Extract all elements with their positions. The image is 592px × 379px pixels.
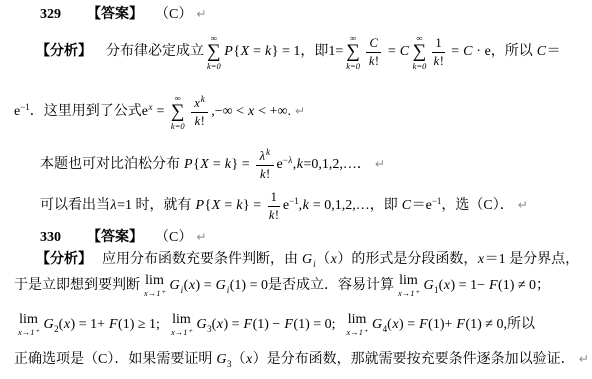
text-run: i: [226, 285, 230, 295]
text-run: ，即: [370, 198, 402, 213]
text-run: !: [440, 54, 444, 68]
text-run: （: [231, 352, 245, 367]
text-run: x: [392, 317, 399, 332]
subscript: 3: [227, 360, 232, 369]
text-run: =1 时，就有: [117, 198, 195, 213]
text-run: 1=: [328, 44, 343, 59]
text-run: 于是立即想到要判断: [14, 278, 140, 293]
text-run: =: [153, 104, 168, 119]
text-run: F: [284, 317, 294, 332]
line-329-analysis-conclusion: 可以看出当λ=1 时，就有 P{X = k} = 1k!e−1,k = 0,1,…: [40, 184, 528, 228]
superscript: −1: [432, 197, 442, 206]
fraction-numerator: 1: [432, 36, 444, 53]
text-run: 正确选项是（C）．如果需要证明: [14, 352, 216, 367]
text-run: −1: [289, 196, 299, 206]
superscript: x: [148, 103, 153, 112]
text-run: G: [169, 278, 180, 293]
text-run: ＝: [547, 44, 561, 59]
text-run: P: [195, 198, 205, 213]
text-run: · e: [473, 44, 491, 59]
line-329-analysis-poisson: 本题也可对比泊松分布 P{X = k} = λkk!e−λ,k=0,1,2,…．…: [40, 143, 385, 187]
text-run: −1: [20, 102, 30, 112]
text-run: x: [443, 278, 450, 293]
fraction: xkk!: [191, 95, 209, 129]
spacer: [143, 15, 155, 16]
text-run: 1: [271, 190, 277, 204]
spacer: [92, 260, 102, 261]
fraction: 1k!: [268, 190, 280, 223]
text-run: λ: [110, 198, 117, 213]
lim-word: lim: [19, 313, 38, 327]
fraction-numerator: λk: [256, 148, 273, 166]
text-run: {: [193, 157, 200, 172]
text-run: C: [401, 198, 411, 213]
text-run: !: [375, 54, 379, 68]
text-run: x: [248, 104, 255, 119]
text-run: k: [224, 157, 231, 172]
text-run: x: [477, 252, 484, 267]
text-run: ）是分布函数，那就需要按充要条件逐条加以验证．: [253, 352, 575, 367]
summation-operator: ∞∑k=0: [413, 33, 427, 71]
text-run: ，选（C）．: [441, 198, 513, 213]
text-run: = 0,1,2,…: [309, 198, 369, 213]
line-330-answer: 330【答案】（C）↵: [40, 229, 206, 247]
text-run: ，所以: [491, 44, 537, 59]
limit-subscript: x→1⁺: [144, 288, 165, 298]
text-run: ) =: [399, 317, 419, 332]
fraction-denominator: k!: [259, 166, 270, 182]
sum-lower-limit: k=0: [207, 61, 221, 71]
superscript: −λ: [283, 156, 293, 165]
text-run: 3: [227, 359, 232, 369]
text-run: (1) = 0: [230, 278, 268, 293]
text-run: ＝e: [412, 198, 432, 213]
text-run: =: [221, 198, 236, 213]
sum-lower-limit: k=0: [346, 61, 360, 71]
text-run: ＝1 是分界点，: [485, 252, 580, 267]
text-run: 应用分布函数充要条件判断，由: [102, 252, 302, 267]
text-run: G: [216, 352, 227, 367]
text-run: λ: [288, 155, 293, 165]
text-run: F: [488, 278, 498, 293]
text-run: } =: [243, 198, 265, 213]
subscript: i: [226, 286, 230, 295]
text-run: k: [200, 94, 205, 104]
text-run: k: [302, 198, 309, 213]
fraction: Ck!: [366, 36, 381, 69]
bold-text-run: 【答案】: [87, 7, 143, 22]
text-run: 本题也可对比泊松分布: [40, 157, 184, 172]
text-run: x: [216, 317, 223, 332]
fraction-numerator: xk: [191, 95, 209, 113]
text-run: 2: [54, 324, 59, 334]
sum-lower-limit: k=0: [413, 61, 427, 71]
text-run: (1) = 0;: [293, 317, 342, 332]
text-run: P: [184, 157, 194, 172]
text-run: } = 1: [272, 44, 301, 59]
text-run: F: [243, 317, 253, 332]
text-run: ．这里用到了公式: [30, 104, 142, 119]
text-run: k: [265, 44, 272, 59]
lim-word: lim: [399, 274, 418, 288]
fraction: λkk!: [256, 148, 273, 182]
spacer: [143, 238, 155, 239]
text-run: ) =: [223, 317, 243, 332]
text-run: =0,1,2,…．: [303, 157, 370, 172]
text-run: !: [275, 208, 279, 222]
text-run: （C）: [155, 7, 192, 22]
sigma-icon: ∑: [413, 43, 427, 61]
text-run: ) =: [196, 278, 216, 293]
text-run: ) = 1−: [451, 278, 489, 293]
subscript: i: [180, 286, 184, 295]
line-330-analysis-conclusion: 正确选项是（C）．如果需要证明 G3（x）是分布函数，那就需要按充要条件逐条加以…: [14, 349, 589, 371]
subscript: 2: [54, 325, 59, 334]
text-run: x: [330, 252, 337, 267]
superscript: k: [200, 94, 205, 104]
lim-word: lim: [348, 313, 367, 327]
summation-operator: ∞∑k=0: [346, 33, 360, 71]
line-329-analysis-exp-formula: e−1．这里用到了公式ex = ∞∑k=0xkk!,−∞ < x < +∞.↵: [14, 88, 305, 136]
sigma-icon: ∑: [207, 43, 221, 61]
superscript: k: [266, 147, 271, 157]
text-run: } =: [231, 157, 253, 172]
limit-subscript: x→1⁺: [398, 288, 419, 298]
fraction-denominator: k!: [368, 53, 379, 69]
text-run: F: [456, 317, 466, 332]
text-run: 3: [207, 324, 212, 334]
text-run: ，即: [300, 44, 328, 59]
fraction-denominator: k!: [433, 53, 444, 69]
text-run: ) = 1+: [71, 317, 109, 332]
text-run: ,−∞ <: [211, 104, 247, 119]
text-run: {: [205, 198, 212, 213]
text-run: x: [63, 317, 70, 332]
text-run: G: [196, 317, 207, 332]
text-run: ）的形式是分段函数，: [337, 252, 477, 267]
text-run: =: [448, 44, 463, 59]
paragraph-mark-icon: ↵: [518, 199, 528, 212]
text-run: F: [108, 317, 118, 332]
subscript: 1: [434, 286, 439, 295]
text-run: (1) ≥ 1;: [118, 317, 167, 332]
line-330-analysis-limit-check: 于是立即想到要判断limx→1⁺Gi(x) = Gi(1) = 0是否成立．容易…: [14, 267, 550, 305]
text-run: =: [209, 157, 224, 172]
fraction: 1k!: [432, 36, 444, 69]
text-run: =: [384, 44, 399, 59]
limit-subscript: x→1⁺: [171, 327, 192, 337]
text-run: 可以看出当: [40, 198, 110, 213]
paragraph-mark-icon: ↵: [196, 8, 206, 21]
text-run: {: [233, 44, 240, 59]
fraction-numerator: 1: [268, 190, 280, 207]
text-run: 1: [434, 285, 439, 295]
sigma-icon: ∑: [346, 43, 360, 61]
text-run: !: [266, 167, 270, 181]
text-run: （: [316, 252, 330, 267]
text-run: 所以: [507, 317, 535, 332]
text-run: C: [399, 44, 409, 59]
text-run: =: [250, 44, 265, 59]
bold-text-run: 330: [40, 230, 61, 245]
text-run: i: [180, 285, 184, 295]
subscript: 3: [207, 325, 212, 334]
paragraph-mark-icon: ↵: [579, 353, 589, 366]
line-329-answer: 329【答案】（C）↵: [40, 6, 206, 24]
text-run: （C）: [155, 230, 192, 245]
text-run: k: [236, 198, 243, 213]
text-run: −1: [432, 196, 442, 206]
text-run: F: [419, 317, 429, 332]
limit-operator: limx→1⁺: [171, 313, 192, 337]
text-run: (1) ≠ 0；: [498, 278, 550, 293]
bold-text-run: 329: [40, 7, 61, 22]
text-run: G: [423, 278, 434, 293]
text-run: k: [296, 157, 303, 172]
text-run: G: [43, 317, 54, 332]
paragraph-mark-icon: ↵: [295, 105, 305, 118]
text-run: G: [215, 278, 226, 293]
limit-subscript: x→1⁺: [347, 327, 368, 337]
text-run: < +∞.: [255, 104, 291, 119]
limit-subscript: x→1⁺: [18, 327, 39, 337]
limit-operator: limx→1⁺: [347, 313, 368, 337]
text-run: C: [369, 36, 378, 50]
superscript: −1: [289, 197, 299, 206]
text-run: G: [372, 317, 383, 332]
text-run: x: [188, 278, 195, 293]
summation-operator: ∞∑k=0: [171, 93, 185, 131]
paragraph-mark-icon: ↵: [375, 158, 385, 171]
summation-operator: ∞∑k=0: [207, 33, 221, 71]
bold-text-run: 【分析】: [36, 252, 92, 267]
lim-word: lim: [172, 313, 191, 327]
text-run: G: [302, 252, 313, 267]
text-run: C: [463, 44, 473, 59]
bold-text-run: 【分析】: [36, 44, 92, 59]
text-run: !: [201, 114, 205, 128]
bold-text-run: 【答案】: [87, 230, 143, 245]
spacer: [61, 238, 87, 239]
text-run: X: [200, 157, 210, 172]
fraction-denominator: k!: [194, 113, 205, 129]
text-run: X: [240, 44, 250, 59]
text-run: (1)+: [428, 317, 456, 332]
text-run: x: [245, 352, 252, 367]
paragraph-mark-icon: ↵: [196, 231, 206, 244]
fraction-denominator: k!: [268, 207, 279, 223]
spacer: [61, 15, 87, 16]
limit-operator: limx→1⁺: [18, 313, 39, 337]
text-run: (1) ≠ 0,: [465, 317, 507, 332]
text-run: 是否成立．容易计算: [268, 278, 394, 293]
text-run: P: [224, 44, 234, 59]
text-run: 分布律必定成立: [106, 44, 204, 59]
line-329-analysis-distribution-law: 【分析】分布律必定成立∞∑k=0P{X = k} = 1，即1=∞∑k=0Ck!…: [36, 27, 561, 77]
spacer: [92, 52, 106, 53]
limit-operator: limx→1⁺: [398, 274, 419, 298]
fraction-numerator: C: [366, 36, 381, 53]
subscript: 4: [383, 325, 388, 334]
text-run: C: [536, 44, 546, 59]
text-run: 1: [435, 36, 441, 50]
sigma-icon: ∑: [171, 103, 185, 121]
text-run: 4: [383, 324, 388, 334]
text-run: X: [211, 198, 221, 213]
text-run: (1) −: [253, 317, 284, 332]
sum-lower-limit: k=0: [171, 121, 185, 131]
text-run: k: [266, 147, 271, 157]
text-run: x: [148, 102, 153, 112]
line-330-analysis-limits: limx→1⁺G2(x) = 1+ F(1) ≥ 1; limx→1⁺G3(x)…: [14, 305, 535, 345]
limit-operator: limx→1⁺: [144, 274, 165, 298]
lim-word: lim: [145, 274, 164, 288]
document-page: 329【答案】（C）↵ 【分析】分布律必定成立∞∑k=0P{X = k} = 1…: [0, 0, 592, 379]
superscript: −1: [20, 103, 30, 112]
